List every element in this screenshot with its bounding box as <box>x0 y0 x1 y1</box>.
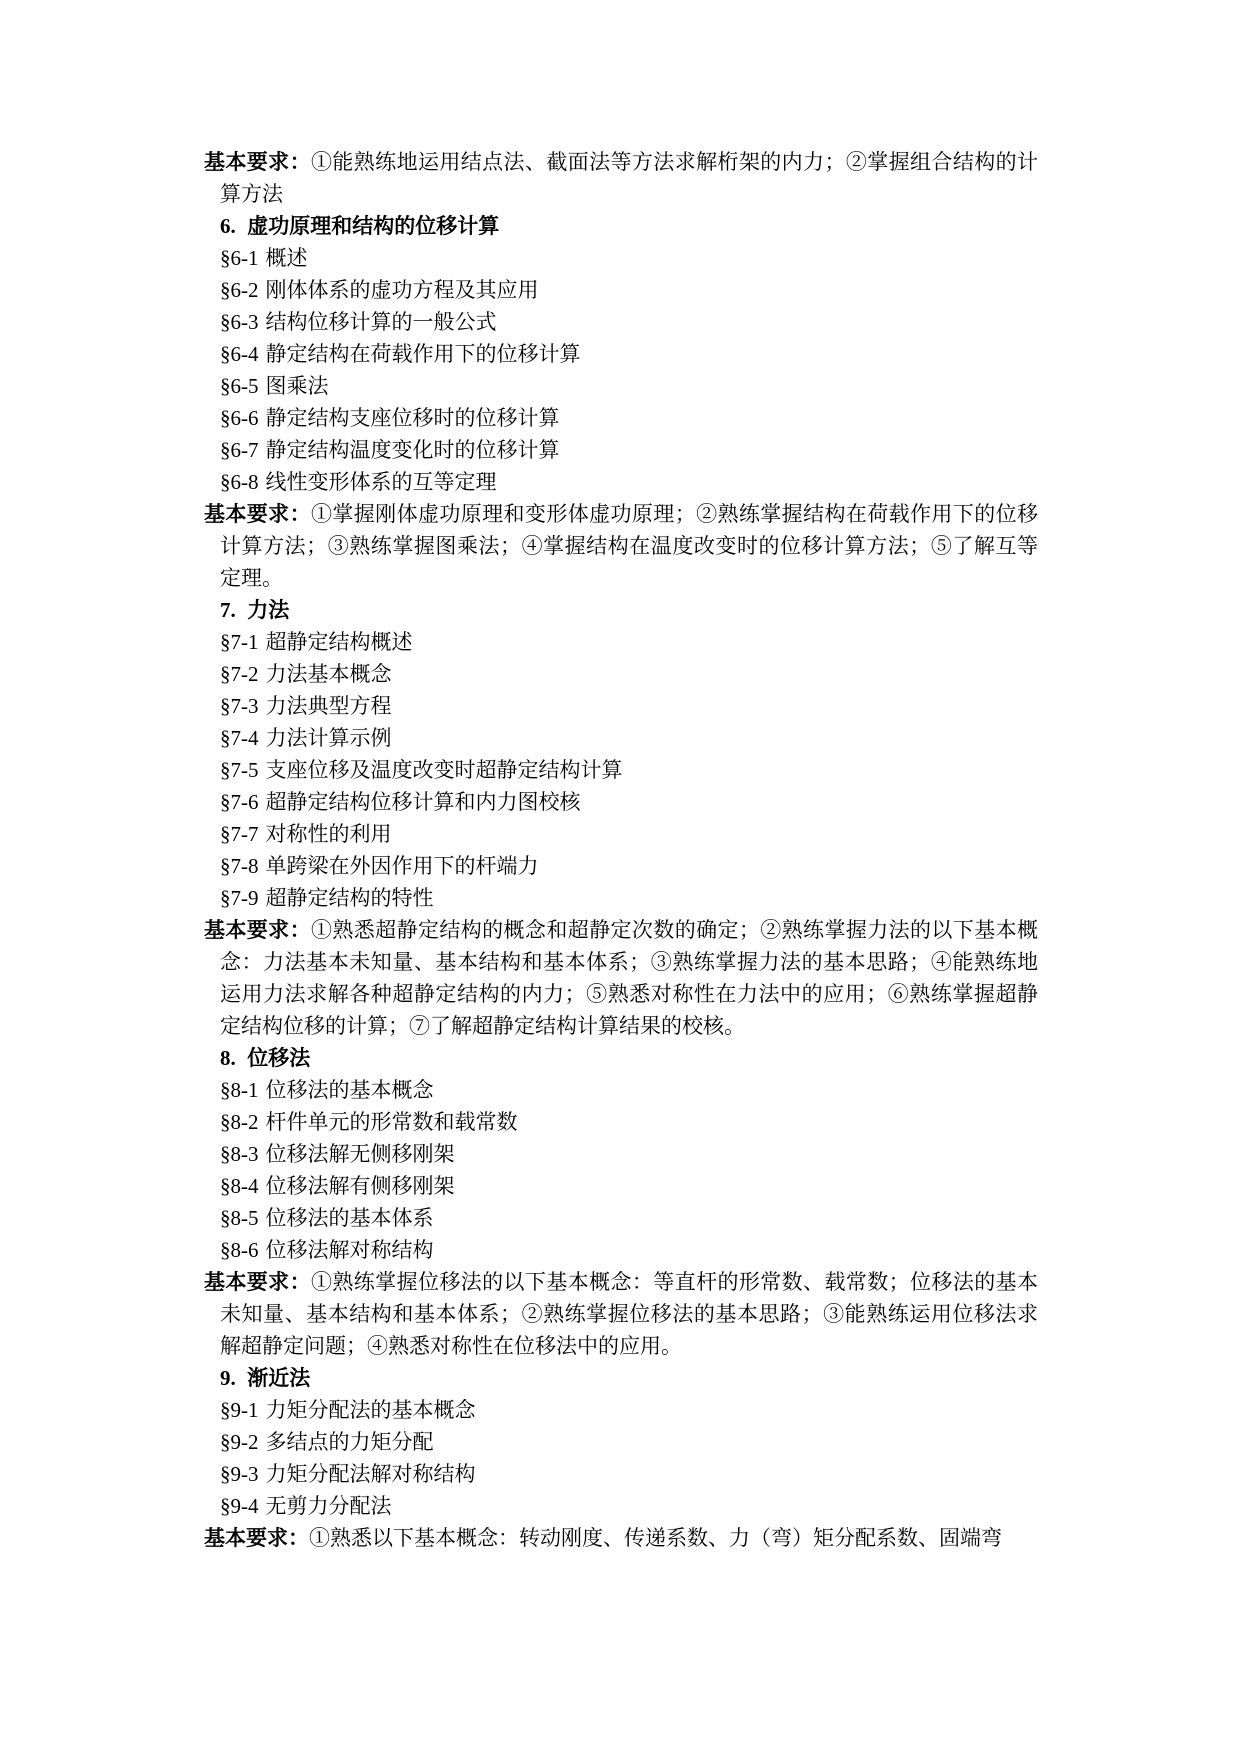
section-number: §9-3 <box>220 1462 259 1486</box>
section-title: 刚体体系的虚功方程及其应用 <box>266 278 539 302</box>
section-title: 概述 <box>266 246 308 270</box>
section-item: §7-8单跨梁在外因作用下的杆端力 <box>220 850 1046 882</box>
section-number: §6-4 <box>220 342 259 366</box>
section-title: 单跨梁在外因作用下的杆端力 <box>266 854 539 878</box>
section-title: 杆件单元的形常数和载常数 <box>266 1110 518 1134</box>
section-number: §8-3 <box>220 1142 259 1166</box>
section-item: §6-8线性变形体系的互等定理 <box>220 466 1046 498</box>
section-item: §8-6位移法解对称结构 <box>220 1234 1046 1266</box>
section-number: §6-5 <box>220 374 259 398</box>
section-item: §6-4静定结构在荷载作用下的位移计算 <box>220 338 1046 370</box>
section-number: §8-6 <box>220 1238 259 1262</box>
section-title: 支座位移及温度改变时超静定结构计算 <box>266 758 623 782</box>
section-item: §9-4无剪力分配法 <box>220 1490 1046 1522</box>
section-number: §8-2 <box>220 1110 259 1134</box>
chapter-title: 力法 <box>247 598 289 622</box>
section-title: 力法基本概念 <box>266 662 392 686</box>
requirement-paragraph: 基本要求：①掌握刚体虚功原理和变形体虚功原理；②熟练掌握结构在荷载作用下的位移计… <box>220 498 1038 594</box>
section-item: §7-2力法基本概念 <box>220 658 1046 690</box>
section-title: 结构位移计算的一般公式 <box>266 310 497 334</box>
chapter-heading: 9. 渐近法 <box>220 1362 1046 1394</box>
section-item: §8-5位移法的基本体系 <box>220 1202 1046 1234</box>
chapter-number: 8. <box>220 1042 242 1074</box>
section-number: §7-6 <box>220 790 259 814</box>
section-item: §9-1力矩分配法的基本概念 <box>220 1394 1046 1426</box>
section-title: 位移法解有侧移刚架 <box>266 1174 455 1198</box>
section-title: 线性变形体系的互等定理 <box>266 470 497 494</box>
section-title: 位移法的基本体系 <box>266 1206 434 1230</box>
section-number: §7-5 <box>220 758 259 782</box>
requirement-text: ①熟练掌握位移法的以下基本概念：等直杆的形常数、载常数；位移法的基本未知量、基本… <box>220 1270 1038 1358</box>
section-title: 超静定结构概述 <box>266 630 413 654</box>
section-item: §6-1概述 <box>220 242 1046 274</box>
section-item: §7-9超静定结构的特性 <box>220 882 1046 914</box>
requirement-label: 基本要求： <box>204 918 311 942</box>
section-number: §8-1 <box>220 1078 259 1102</box>
section-item: §9-2多结点的力矩分配 <box>220 1426 1046 1458</box>
document-page: 基本要求：①能熟练地运用结点法、截面法等方法求解桁架的内力；②掌握组合结构的计算… <box>0 0 1240 1754</box>
section-number: §7-1 <box>220 630 259 654</box>
section-item: §7-1超静定结构概述 <box>220 626 1046 658</box>
section-item: §7-4力法计算示例 <box>220 722 1046 754</box>
chapter-title: 虚功原理和结构的位移计算 <box>247 214 499 238</box>
section-item: §8-3位移法解无侧移刚架 <box>220 1138 1046 1170</box>
requirement-label: 基本要求： <box>204 1526 309 1550</box>
section-number: §7-4 <box>220 726 259 750</box>
section-title: 超静定结构位移计算和内力图校核 <box>266 790 581 814</box>
requirement-paragraph: 基本要求：①熟练掌握位移法的以下基本概念：等直杆的形常数、载常数；位移法的基本未… <box>220 1266 1038 1362</box>
section-item: §6-6静定结构支座位移时的位移计算 <box>220 402 1046 434</box>
section-number: §7-3 <box>220 694 259 718</box>
section-number: §8-4 <box>220 1174 259 1198</box>
requirement-label: 基本要求： <box>204 1270 311 1294</box>
section-item: §7-7对称性的利用 <box>220 818 1046 850</box>
section-number: §6-7 <box>220 438 259 462</box>
section-number: §9-1 <box>220 1398 259 1422</box>
section-title: 位移法的基本概念 <box>266 1078 434 1102</box>
section-number: §6-8 <box>220 470 259 494</box>
section-number: §7-7 <box>220 822 259 846</box>
requirement-paragraph: 基本要求：①能熟练地运用结点法、截面法等方法求解桁架的内力；②掌握组合结构的计算… <box>220 146 1038 210</box>
section-title: 位移法解对称结构 <box>266 1238 434 1262</box>
section-title: 静定结构温度变化时的位移计算 <box>266 438 560 462</box>
requirement-paragraph: 基本要求：①熟悉以下基本概念：转动刚度、传递系数、力（弯）矩分配系数、固端弯 <box>220 1522 1038 1554</box>
chapter-number: 6. <box>220 210 242 242</box>
section-number: §6-3 <box>220 310 259 334</box>
section-item: §8-2杆件单元的形常数和载常数 <box>220 1106 1046 1138</box>
chapter-number: 9. <box>220 1362 242 1394</box>
section-item: §6-3结构位移计算的一般公式 <box>220 306 1046 338</box>
chapter-heading: 7. 力法 <box>220 594 1046 626</box>
section-item: §6-2刚体体系的虚功方程及其应用 <box>220 274 1046 306</box>
section-item: §7-6超静定结构位移计算和内力图校核 <box>220 786 1046 818</box>
section-title: 多结点的力矩分配 <box>266 1430 434 1454</box>
section-number: §6-6 <box>220 406 259 430</box>
section-title: 力矩分配法的基本概念 <box>266 1398 476 1422</box>
syllabus-content: 基本要求：①能熟练地运用结点法、截面法等方法求解桁架的内力；②掌握组合结构的计算… <box>220 146 1046 1554</box>
section-item: §9-3力矩分配法解对称结构 <box>220 1458 1046 1490</box>
section-title: 静定结构支座位移时的位移计算 <box>266 406 560 430</box>
section-number: §6-2 <box>220 278 259 302</box>
chapter-title: 位移法 <box>247 1046 310 1070</box>
section-title: 力矩分配法解对称结构 <box>266 1462 476 1486</box>
section-number: §9-2 <box>220 1430 259 1454</box>
section-item: §6-7静定结构温度变化时的位移计算 <box>220 434 1046 466</box>
requirement-text: ①熟悉超静定结构的概念和超静定次数的确定；②熟练掌握力法的以下基本概念：力法基本… <box>220 918 1038 1038</box>
section-item: §7-5支座位移及温度改变时超静定结构计算 <box>220 754 1046 786</box>
section-title: 对称性的利用 <box>266 822 392 846</box>
section-title: 图乘法 <box>266 374 329 398</box>
requirement-paragraph: 基本要求：①熟悉超静定结构的概念和超静定次数的确定；②熟练掌握力法的以下基本概念… <box>220 914 1038 1042</box>
requirement-text: ①能熟练地运用结点法、截面法等方法求解桁架的内力；②掌握组合结构的计算方法 <box>220 150 1038 206</box>
section-title: 静定结构在荷载作用下的位移计算 <box>266 342 581 366</box>
section-title: 力法计算示例 <box>266 726 392 750</box>
section-item: §6-5图乘法 <box>220 370 1046 402</box>
chapter-heading: 8. 位移法 <box>220 1042 1046 1074</box>
requirement-label: 基本要求： <box>204 150 311 174</box>
requirement-text: ①掌握刚体虚功原理和变形体虚功原理；②熟练掌握结构在荷载作用下的位移计算方法；③… <box>220 502 1038 590</box>
section-title: 无剪力分配法 <box>266 1494 392 1518</box>
section-item: §8-4位移法解有侧移刚架 <box>220 1170 1046 1202</box>
section-title: 力法典型方程 <box>266 694 392 718</box>
section-number: §8-5 <box>220 1206 259 1230</box>
chapter-heading: 6. 虚功原理和结构的位移计算 <box>220 210 1046 242</box>
section-number: §6-1 <box>220 246 259 270</box>
chapter-title: 渐近法 <box>247 1366 310 1390</box>
chapter-number: 7. <box>220 594 242 626</box>
section-number: §7-8 <box>220 854 259 878</box>
section-number: §7-2 <box>220 662 259 686</box>
section-item: §8-1位移法的基本概念 <box>220 1074 1046 1106</box>
section-title: 超静定结构的特性 <box>266 886 434 910</box>
requirement-text: ①熟悉以下基本概念：转动刚度、传递系数、力（弯）矩分配系数、固端弯 <box>309 1526 1002 1550</box>
section-number: §9-4 <box>220 1494 259 1518</box>
section-title: 位移法解无侧移刚架 <box>266 1142 455 1166</box>
requirement-label: 基本要求： <box>204 502 311 526</box>
section-number: §7-9 <box>220 886 259 910</box>
section-item: §7-3力法典型方程 <box>220 690 1046 722</box>
